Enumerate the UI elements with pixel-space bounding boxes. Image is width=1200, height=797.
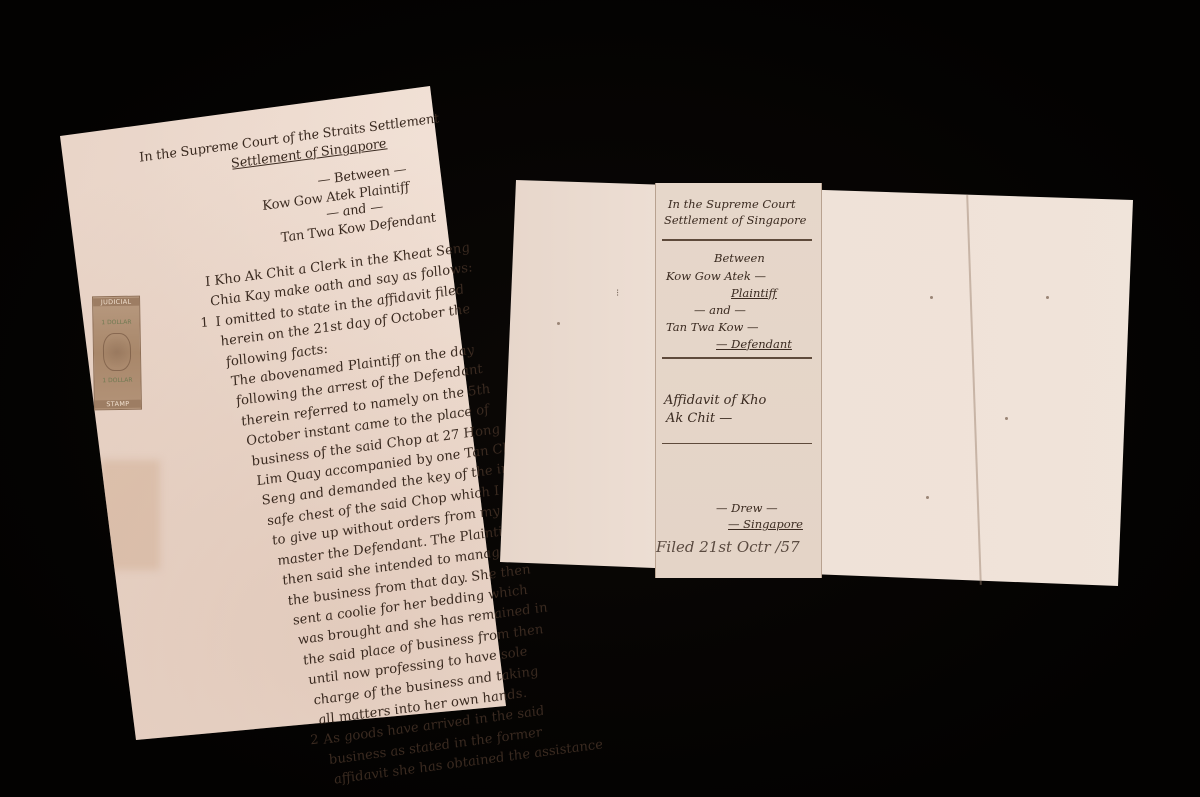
judicial-revenue-stamp: JUDICIAL 1 DOLLAR 1 DOLLAR STAMP — [92, 296, 142, 411]
paper-spot — [930, 296, 933, 299]
filed-date: Filed 21st Octr /57 — [656, 538, 800, 556]
cover-and: — and — — [694, 303, 746, 317]
divider-rule — [662, 357, 812, 359]
divider-rule — [662, 443, 812, 444]
stamp-bottom-label: STAMP — [95, 400, 141, 409]
cover-between: Between — [714, 251, 765, 265]
cover-defendant-label: — Defendant — [716, 337, 792, 351]
divider-rule — [662, 239, 812, 241]
stamp-value-upper: 1 DOLLAR — [93, 319, 139, 327]
ink-mark: ⁝ — [616, 288, 619, 299]
solicitor-name: — Drew — — [716, 501, 778, 515]
docket-panel: In the Supreme Court Settlement of Singa… — [655, 183, 822, 578]
cover-settlement-line: Settlement of Singapore — [664, 213, 806, 227]
paper-spot — [1005, 417, 1008, 420]
cover-plaintiff-label: Plaintiff — [731, 286, 777, 300]
stamp-top-label: JUDICIAL — [93, 298, 139, 307]
paragraph-number: 1 — [199, 315, 211, 331]
cover-title-line1: Affidavit of Kho — [664, 393, 766, 408]
cover-court-line: In the Supreme Court — [668, 197, 796, 211]
solicitor-place: — Singapore — [728, 517, 803, 531]
cover-defendant-name: Tan Twa Kow — — [666, 320, 759, 334]
paper-spot — [557, 322, 560, 325]
cover-title-line2: Ak Chit — — [666, 411, 732, 426]
stamp-value-lower: 1 DOLLAR — [94, 377, 140, 385]
paper-spot — [926, 496, 929, 499]
paper-spot — [1046, 296, 1049, 299]
cover-plaintiff-name: Kow Gow Atek — — [666, 269, 766, 283]
stamp-portrait-icon — [103, 333, 132, 371]
